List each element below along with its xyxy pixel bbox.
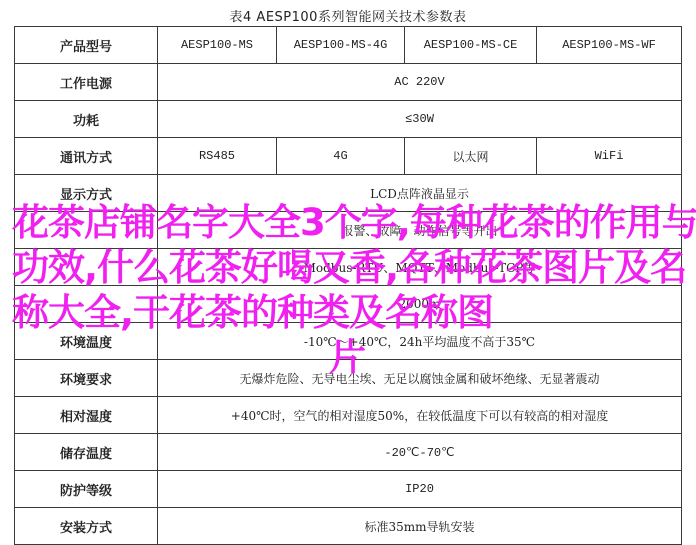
- table-row: 储存温度 -20℃-70℃: [15, 434, 682, 471]
- table-row: 环境要求 无爆炸危险、无导电尘埃、无足以腐蚀金属和破坏绝缘、无显著震动: [15, 360, 682, 397]
- row-value: 无爆炸危险、无导电尘埃、无足以腐蚀金属和破坏绝缘、无显著震动: [158, 360, 682, 397]
- row-value: Modbus-RTU、MQTT、Modbus-TCP等: [158, 249, 682, 286]
- table-row: 产品型号 AESP100-MS AESP100-MS-4G AESP100-MS…: [15, 27, 682, 64]
- row-value: AC 220V: [158, 64, 682, 101]
- cell-comm: RS485: [158, 138, 277, 175]
- row-label: 工作电源: [15, 64, 158, 101]
- table-row: 功耗 ≤30W: [15, 101, 682, 138]
- table-row: 2000m: [15, 286, 682, 323]
- table-row: 防护等级 IP20: [15, 471, 682, 508]
- row-label: 防护等级: [15, 471, 158, 508]
- table-row: 工作电源 AC 220V: [15, 64, 682, 101]
- row-value: +40℃时，空气的相对湿度50%，在较低温度下可以有较高的相对湿度: [158, 397, 682, 434]
- row-label: 储存温度: [15, 434, 158, 471]
- row-label: [15, 249, 158, 286]
- row-value: 2000m: [158, 286, 682, 323]
- row-value: IP20: [158, 471, 682, 508]
- row-label: 显示方式: [15, 175, 158, 212]
- table-row: 报警、故障、动作信号等开出: [15, 212, 682, 249]
- row-label: [15, 286, 158, 323]
- cell-model: AESP100-MS-WF: [537, 27, 682, 64]
- cell-model: AESP100-MS-CE: [405, 27, 537, 64]
- table-row: 通讯方式 RS485 4G 以太网 WiFi: [15, 138, 682, 175]
- row-label: 安装方式: [15, 508, 158, 545]
- cell-model: AESP100-MS: [158, 27, 277, 64]
- row-label: 环境要求: [15, 360, 158, 397]
- cell-comm: WiFi: [537, 138, 682, 175]
- table-title: 表4 AESP100系列智能网关技术参数表: [0, 6, 696, 25]
- row-label: 通讯方式: [15, 138, 158, 175]
- spec-table: 产品型号 AESP100-MS AESP100-MS-4G AESP100-MS…: [14, 26, 682, 545]
- row-value: -10℃～+40℃，24h平均温度不高于35℃: [158, 323, 682, 360]
- row-label: 相对湿度: [15, 397, 158, 434]
- table-row: 相对湿度 +40℃时，空气的相对湿度50%，在较低温度下可以有较高的相对湿度: [15, 397, 682, 434]
- row-label: [15, 212, 158, 249]
- cell-comm: 4G: [277, 138, 405, 175]
- table-row: 显示方式 LCD点阵液晶显示: [15, 175, 682, 212]
- row-value: 报警、故障、动作信号等开出: [158, 212, 682, 249]
- table-row: 安装方式 标准35mm导轨安装: [15, 508, 682, 545]
- row-value: ≤30W: [158, 101, 682, 138]
- cell-model: AESP100-MS-4G: [277, 27, 405, 64]
- row-label: 功耗: [15, 101, 158, 138]
- table-row: 环境温度 -10℃～+40℃，24h平均温度不高于35℃: [15, 323, 682, 360]
- table-row: Modbus-RTU、MQTT、Modbus-TCP等: [15, 249, 682, 286]
- row-value: 标准35mm导轨安装: [158, 508, 682, 545]
- row-value: -20℃-70℃: [158, 434, 682, 471]
- row-label: 环境温度: [15, 323, 158, 360]
- cell-comm: 以太网: [405, 138, 537, 175]
- row-label: 产品型号: [15, 27, 158, 64]
- row-value: LCD点阵液晶显示: [158, 175, 682, 212]
